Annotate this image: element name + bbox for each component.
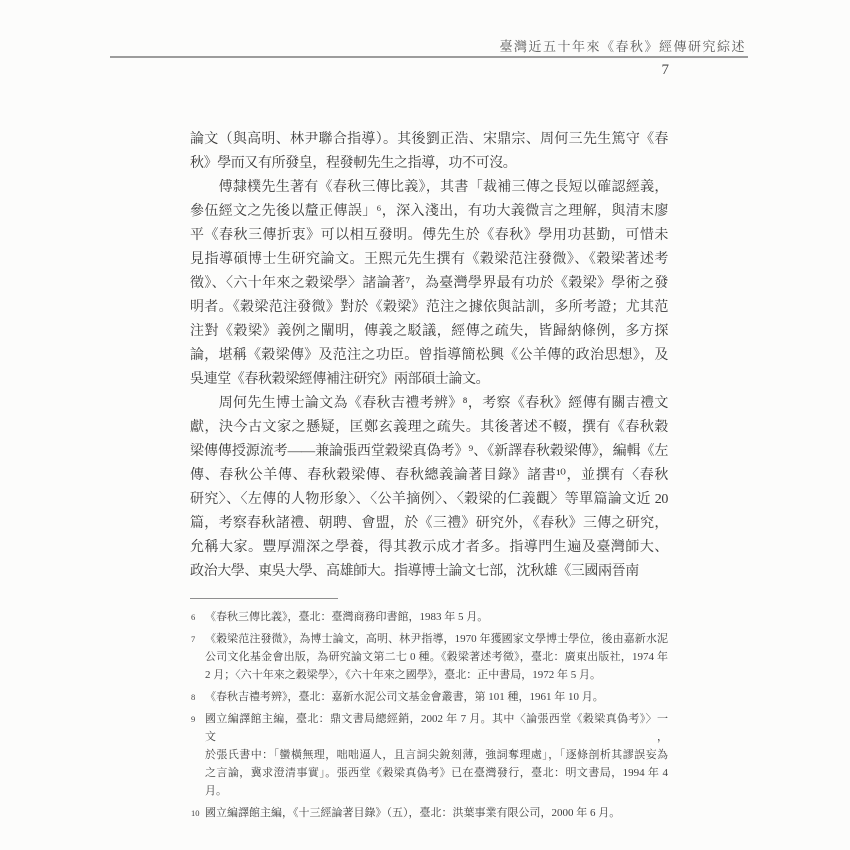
footnote-number: 7 — [191, 630, 195, 648]
text-line: 徵》、〈六十年來之穀梁學〉諸論著⁷，為臺灣學界最有功於《穀梁》學術之發 — [190, 272, 668, 296]
body-text: 論文（與高明、林尹聯合指導）。其後劉正浩、宋鼎宗、周何三先生篤守《春秋》學而又有… — [190, 128, 668, 584]
footnote-line: 《春秋三傳比義》，臺北：臺灣商務印書館，1983 年 5 月。 — [205, 608, 668, 626]
text-line: 研究〉、〈左傳的人物形象〉、〈公羊摘例〉、〈穀梁的仁義觀〉等單篇論文近 20 — [190, 488, 668, 512]
text-line: 梁傳傳授源流考——兼論張西堂穀梁真偽考》⁹、《新譯春秋穀梁傳》，編輯《左 — [190, 440, 668, 464]
text-line: 秋》學而又有所發皇，程發軔先生之指導，功不可沒。 — [190, 152, 668, 176]
text-line: 篇，考察春秋諸禮、朝聘、會盟，於《三禮》研究外，《春秋》三傳之研究， — [190, 512, 668, 536]
footnote: 10國立編譯館主編，《十三經論著目錄》（五），臺北：洪葉事業有限公司，2000 … — [190, 804, 668, 822]
text-line: 平《春秋三傳折衷》可以相互發明。傅先生於《春秋》學用功甚勤，可惜未 — [190, 224, 668, 248]
footnote: 7《穀梁范注發微》，為博士論文，高明、林尹指導，1970 年獲國家文學博士學位，… — [190, 630, 668, 684]
text-line: 周何先生博士論文為《春秋吉禮考辨》⁸，考察《春秋》經傳有關吉禮文 — [190, 392, 668, 416]
text-line: 見指導碩博士生研究論文。王熙元先生撰有《穀梁范注發微》、《穀梁著述考 — [190, 248, 668, 272]
footnote-line: 國立編譯館主編，《十三經論著目錄》（五），臺北：洪葉事業有限公司，2000 年 … — [205, 804, 668, 822]
text-line: 論文（與高明、林尹聯合指導）。其後劉正浩、宋鼎宗、周何三先生篤守《春 — [190, 128, 668, 152]
text-line: 論，堪稱《穀梁傳》及范注之功臣。曾指導簡松興《公羊傳的政治思想》，及 — [190, 344, 668, 368]
footnote-line: 《春秋吉禮考辨》，臺北：嘉新水泥公司文基金會叢書，第 101 種，1961 年 … — [205, 688, 668, 706]
text-line: 明者。《穀梁范注發微》對於《穀梁》范注之據依與詁訓，多所考證；尤其范 — [190, 296, 668, 320]
text-line: 政治大學、東吳大學、高雄師大。指導博士論文七部，沈秋雄《三國兩晉南 — [190, 560, 668, 584]
footnote-line: 公司文化基金會出版，為研究論文第二七 0 種。《穀梁著述考徵》，臺北：廣東出版社… — [205, 648, 668, 666]
footnote-line: 國立編譯館主編，臺北：鼎文書局總經銷，2002 年 7 月。其中〈論張西堂《穀梁… — [205, 710, 668, 746]
footnote-line: 於張氏書中：「蠻橫無理，咄咄逼人，且言詞尖銳刻薄，強詞奪理處」，「逐條剖析其謬誤… — [205, 746, 668, 764]
header-rule — [110, 56, 748, 58]
page-number: 7 — [662, 62, 670, 79]
footnote-line: 《穀梁范注發微》，為博士論文，高明、林尹指導，1970 年獲國家文學博士學位，後… — [205, 630, 668, 648]
footnote: 6《春秋三傳比義》，臺北：臺灣商務印書館，1983 年 5 月。 — [190, 608, 668, 626]
text-line: 吳連堂《春秋穀梁經傳補注研究》兩部碩士論文。 — [190, 368, 668, 392]
footnote: 8《春秋吉禮考辨》，臺北：嘉新水泥公司文基金會叢書，第 101 種，1961 年… — [190, 688, 668, 706]
text-line: 注對《穀梁》義例之闡明，傳義之駁議，經傳之疏失，皆歸納條例，多方探 — [190, 320, 668, 344]
footnote-number: 8 — [191, 688, 195, 706]
footnote-number: 10 — [191, 804, 200, 822]
text-line: 參伍經文之先後以釐正傳誤」⁶，深入淺出，有功大義微言之理解，與清末廖 — [190, 200, 668, 224]
text-line: 獻，決今古文家之懸疑，匡鄭玄義理之疏失。其後著述不輟，撰有《春秋穀 — [190, 416, 668, 440]
footnote-line: 之言論，冀求澄清事實」。張西堂《穀梁真偽考》已在臺灣發行，臺北：明文書局，199… — [205, 764, 668, 800]
text-line: 傳、春秋公羊傳、春秋穀梁傳、春秋總義論著目錄》諸書¹⁰，並撰有〈春秋 — [190, 464, 668, 488]
footnote-rule — [190, 598, 338, 599]
text-line: 允稱大家。豐厚淵深之學養，得其教示成才者多。指導門生遍及臺灣師大、 — [190, 536, 668, 560]
text-line: 傅隸樸先生著有《春秋三傳比義》，其書「裁補三傳之長短以確認經義， — [190, 176, 668, 200]
footnote-list: 6《春秋三傳比義》，臺北：臺灣商務印書館，1983 年 5 月。7《穀梁范注發微… — [190, 608, 668, 826]
book-page: 臺灣近五十年來《春秋》經傳研究綜述 7 論文（與高明、林尹聯合指導）。其後劉正浩… — [0, 0, 850, 850]
footnote-number: 9 — [191, 710, 195, 728]
footnote-number: 6 — [191, 608, 195, 626]
running-title: 臺灣近五十年來《春秋》經傳研究綜述 — [499, 36, 746, 55]
footnote: 9國立編譯館主編，臺北：鼎文書局總經銷，2002 年 7 月。其中〈論張西堂《穀… — [190, 710, 668, 800]
footnote-line: 2 月；〈六十年來之穀梁學〉，《六十年來之國學》，臺北：正中書局，1972 年 … — [205, 666, 668, 684]
